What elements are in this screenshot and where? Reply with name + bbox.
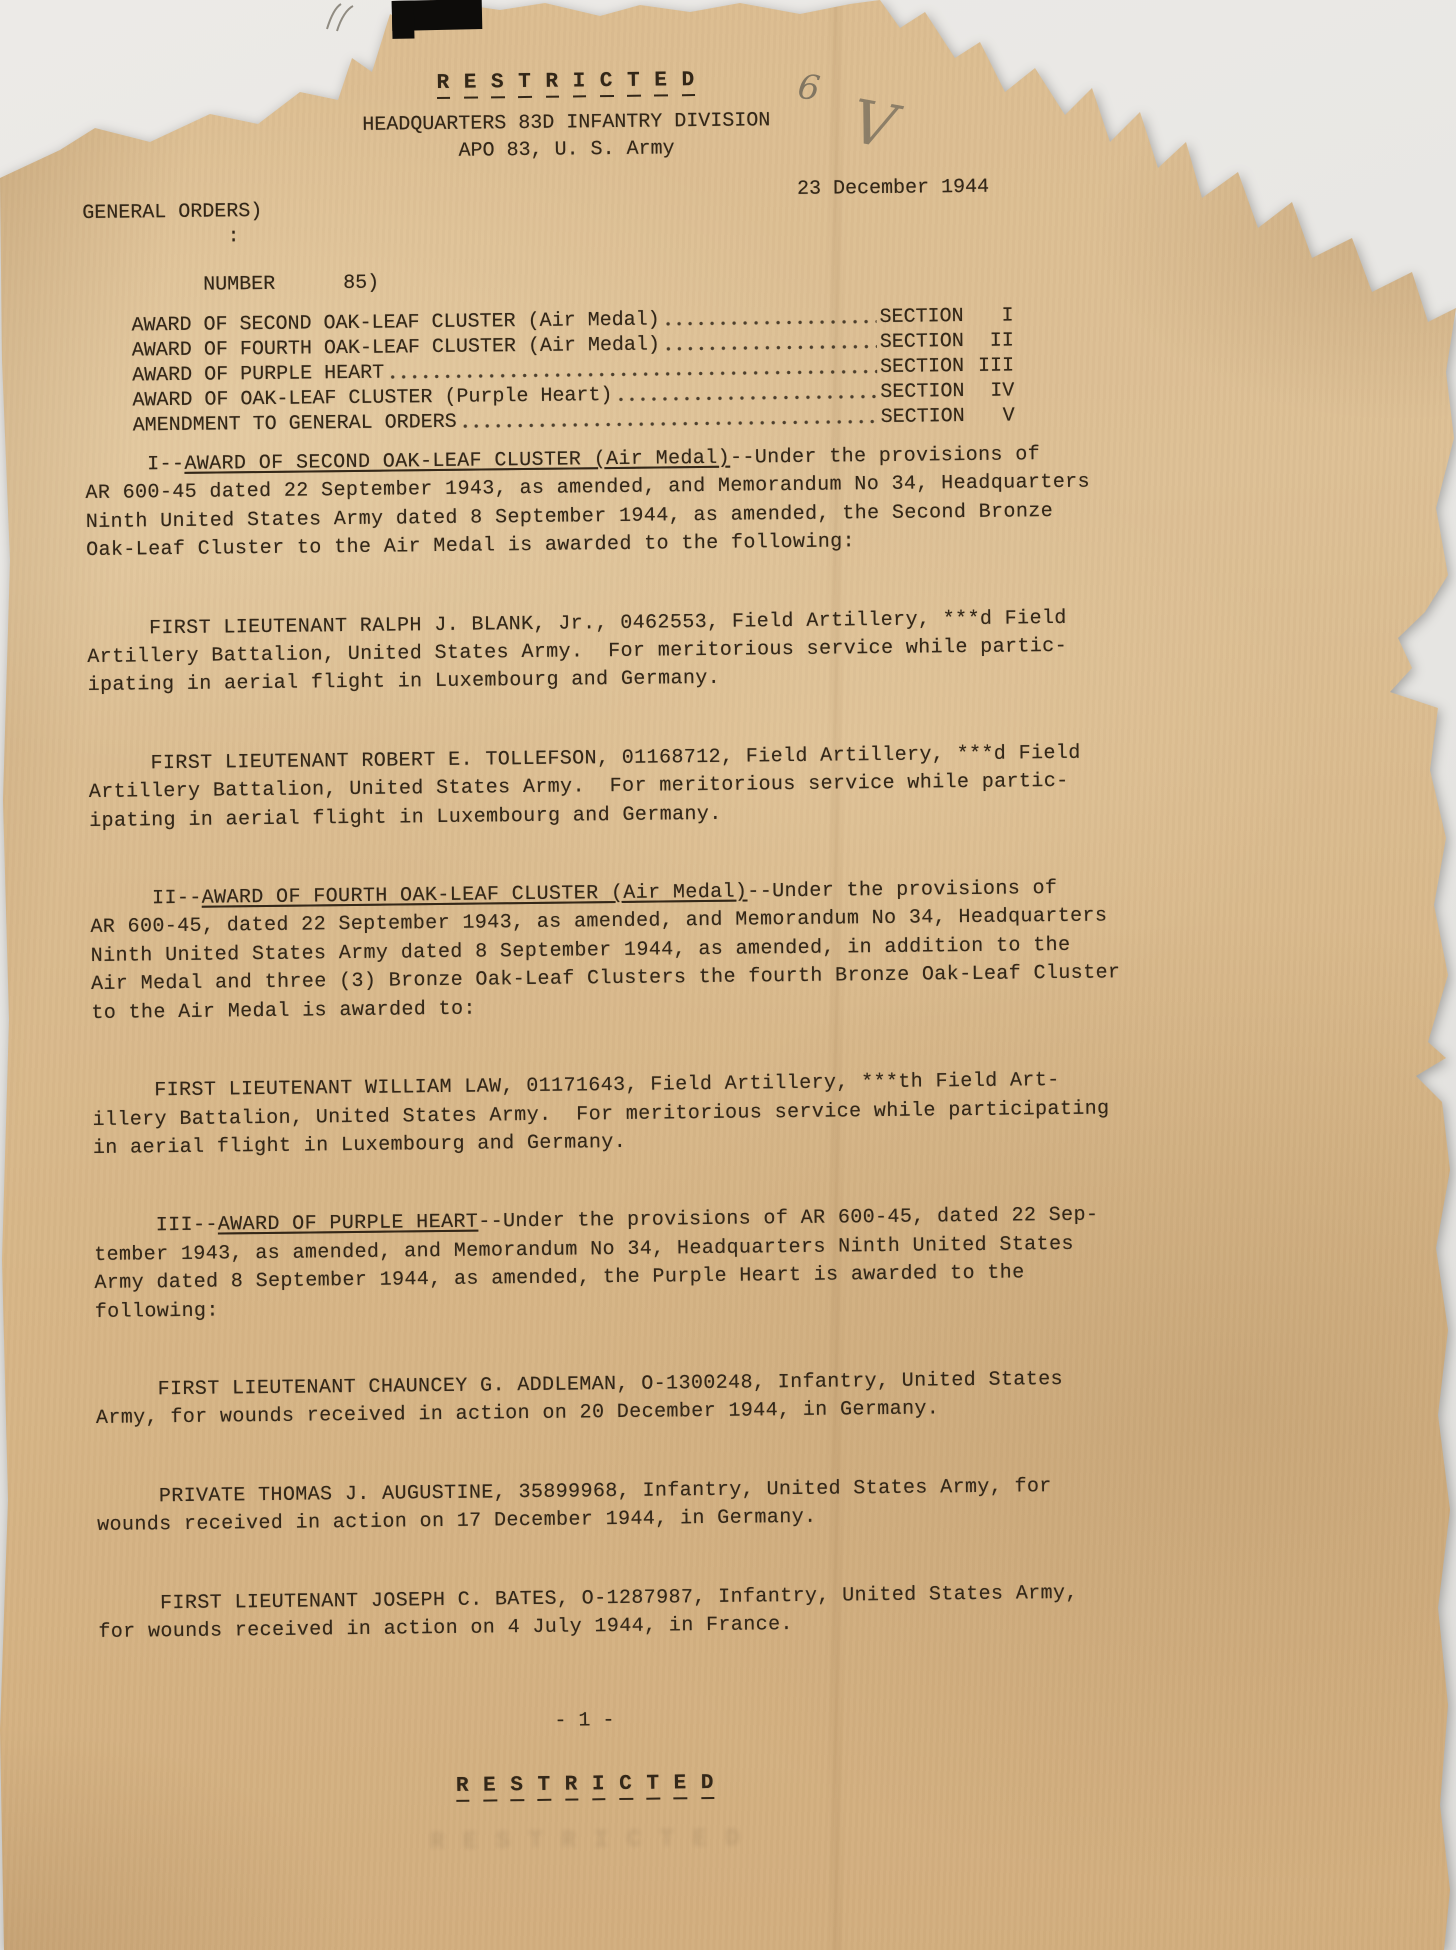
toc-section-number: V (965, 403, 1015, 429)
award-citation-addleman: FIRST LIEUTENANT CHAUNCEY G. ADDLEMAN, O… (96, 1364, 1212, 1433)
toc-section-label: SECTION (880, 354, 964, 380)
toc-section-number: IV (964, 378, 1014, 404)
toc-section-label: SECTION (880, 329, 964, 355)
number-value: 85) (343, 272, 379, 295)
section-heading: AWARD OF FOURTH OAK-LEAF CLUSTER (Air Me… (202, 881, 748, 910)
pencil-squiggle-mark (322, 2, 356, 32)
classification-banner-top: R E S T R I C T E D (0, 64, 1136, 100)
table-of-contents: AWARD OF SECOND OAK-LEAF CLUSTER (Air Me… (131, 303, 1014, 438)
section-heading: AWARD OF SECOND OAK-LEAF CLUSTER (Air Me… (184, 447, 730, 476)
dot-leader (663, 305, 877, 332)
paper-shadow-wrap: R E S T R I C T E D HEADQUARTERS 83D INF… (0, 0, 1456, 1950)
order-body: I--AWARD OF SECOND OAK-LEAF CLUSTER (Air… (85, 439, 1214, 1697)
page-number: - 1 - (14, 1703, 1154, 1739)
section-paragraph-3: III--AWARD OF PURPLE HEART--Under the pr… (94, 1201, 1210, 1327)
toc-section-number: III (964, 353, 1014, 379)
award-citation-blank: FIRST LIEUTENANT RALPH J. BLANK, Jr., 04… (87, 603, 1203, 701)
toc-section-label: SECTION (879, 304, 963, 330)
number-label: NUMBER (203, 272, 343, 297)
section-numeral: I-- (85, 453, 184, 477)
section-heading: AWARD OF PURPLE HEART (218, 1211, 479, 1237)
award-citation-law: FIRST LIEUTENANT WILLIAM LAW, 01171643, … (92, 1065, 1208, 1163)
general-orders-label: GENERAL ORDERS) (82, 200, 262, 225)
section-paragraph-1: I--AWARD OF SECOND OAK-LEAF CLUSTER (Air… (85, 439, 1201, 565)
dot-leader (460, 405, 878, 435)
torn-paper-sheet: R E S T R I C T E D HEADQUARTERS 83D INF… (0, 0, 1456, 1950)
dot-leader (615, 380, 877, 408)
orders-colon: : (227, 225, 239, 248)
toc-section-number: I (963, 303, 1013, 329)
award-citation-bates: FIRST LIEUTENANT JOSEPH C. BATES, O-1287… (98, 1578, 1214, 1647)
dot-leader (663, 330, 877, 357)
typewritten-content: R E S T R I C T E D HEADQUARTERS 83D INF… (0, 0, 1456, 1950)
toc-section-label: SECTION (881, 404, 965, 430)
award-citation-augustine: PRIVATE THOMAS J. AUGUSTINE, 35899968, I… (97, 1471, 1213, 1540)
toc-title: AWARD OF PURPLE HEART (132, 361, 384, 389)
order-number-row: NUMBER85) (83, 249, 380, 321)
toc-section-number: II (964, 328, 1014, 354)
document-date: 23 December 1944 (797, 176, 989, 201)
scanned-document-page: R E S T R I C T E D HEADQUARTERS 83D INF… (0, 0, 1456, 1950)
black-ink-scan-mark (392, 0, 483, 31)
section-numeral: III-- (94, 1214, 218, 1238)
ghost-stamp: R E S T R I C T E D (16, 1821, 1156, 1861)
toc-section-label: SECTION (880, 379, 964, 405)
classification-banner-bottom: R E S T R I C T E D (15, 1767, 1155, 1803)
award-citation-tollefson: FIRST LIEUTENANT ROBERT E. TOLLEFSON, 01… (88, 738, 1204, 836)
section-paragraph-2: II--AWARD OF FOURTH OAK-LEAF CLUSTER (Ai… (90, 873, 1207, 1028)
section-numeral: II-- (90, 887, 202, 911)
toc-title: AMENDMENT TO GENERAL ORDERS (133, 410, 457, 439)
